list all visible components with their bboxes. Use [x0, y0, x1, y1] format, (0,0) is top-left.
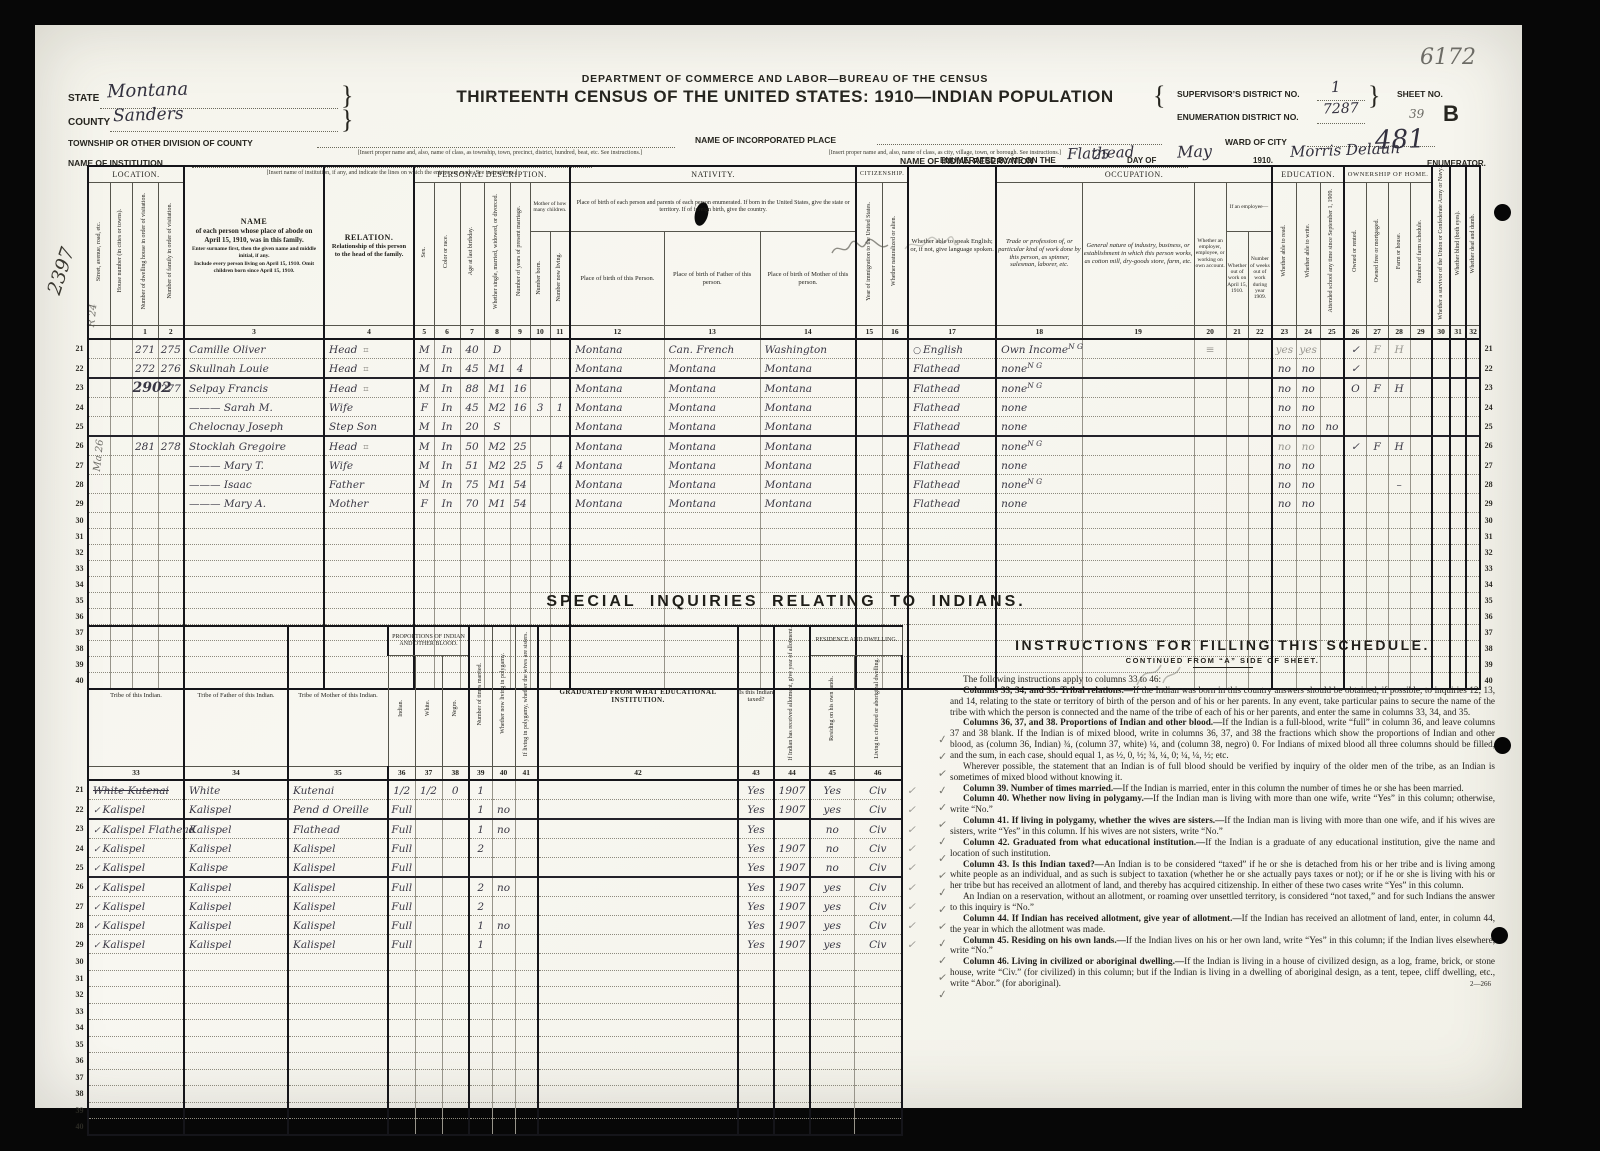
cell [1366, 545, 1388, 561]
cell [1450, 577, 1466, 593]
handwritten-entry: In [442, 460, 453, 472]
cell [738, 970, 774, 987]
row-number: 22 [1480, 359, 1496, 379]
handwritten-entry: 2 [477, 843, 484, 855]
cell [1366, 529, 1388, 545]
handwritten-entry: Kalispel [103, 901, 146, 913]
cell [1432, 609, 1450, 625]
cell [1248, 378, 1272, 398]
cell [415, 1003, 442, 1020]
col-header-read: Whether able to read. [1272, 182, 1296, 325]
cell: Head [324, 339, 414, 359]
col-header-owned: Owned or rented. [1344, 182, 1366, 325]
instruction-paragraph: Wherever possible, the statement that an… [950, 761, 1495, 783]
cell [854, 1086, 902, 1103]
handwritten-entry: no [1278, 460, 1291, 472]
row-number: 24 [72, 839, 88, 858]
cell [1466, 494, 1480, 513]
cell: 2902 [132, 378, 158, 398]
handwritten-entry: 45 [465, 402, 478, 414]
cell [515, 1102, 538, 1119]
cell [1366, 359, 1388, 379]
cell: Head [324, 378, 414, 398]
instruction-paragraph: Column 39. Number of times married.—If t… [950, 783, 1495, 794]
handwritten-entry: Flathead [913, 441, 960, 453]
column-number: 30 [1432, 325, 1450, 339]
handwritten-entry: Montana [575, 363, 622, 375]
pencil-check-icon: ✓ [907, 843, 916, 855]
col-header-graduated: GRADUATED FROM WHAT EDUCATIONAL INSTITUT… [538, 626, 738, 766]
cell [158, 529, 184, 545]
person-row: 28——— IsaacFatherMIn75M154MontanaMontana… [72, 475, 1496, 494]
person-row: 35 [72, 1036, 924, 1053]
cell [908, 561, 996, 577]
cell [442, 1053, 469, 1070]
row-number: 21 [1480, 339, 1496, 359]
cell [1320, 561, 1344, 577]
cell: M1 [484, 359, 510, 379]
group-nativity: NATIVITY. [570, 166, 856, 182]
cell [996, 577, 1082, 593]
col-header-marital: Whether single, married, widowed, or div… [484, 182, 510, 325]
handwritten-entry: Montana [765, 498, 812, 510]
col-header-children-born: Number born. [530, 232, 550, 325]
cell: Head [324, 359, 414, 379]
cell [442, 1036, 469, 1053]
cell [774, 1003, 810, 1020]
cell [460, 609, 484, 625]
cell [88, 577, 110, 593]
cell: ✓Kalispel Flathead [88, 819, 184, 839]
handwritten-entry: Montana [765, 383, 812, 395]
cell: ✓Kalispel [88, 916, 184, 935]
cell [550, 359, 570, 379]
cell [288, 1020, 388, 1037]
row-number: 28 [1480, 475, 1496, 494]
cell [492, 839, 515, 858]
handwritten-entry: 4 [517, 363, 524, 375]
cell [530, 529, 550, 545]
cell: 50 [460, 436, 484, 456]
cell [1248, 561, 1272, 577]
county-label: COUNTY [68, 117, 110, 128]
cell [530, 545, 550, 561]
cell: no [1296, 417, 1320, 437]
cell [810, 1102, 854, 1119]
cell [854, 1036, 902, 1053]
cell: yes [810, 800, 854, 820]
margin-check-cell [902, 1003, 924, 1020]
margin-check-cell [902, 1102, 924, 1119]
cell: 45 [460, 359, 484, 379]
row-number: 28 [72, 916, 88, 935]
cell: Flathead [908, 359, 996, 379]
margin-check-cell: ✓ [902, 839, 924, 858]
cell [184, 577, 324, 593]
cell [1450, 378, 1466, 398]
cell [515, 935, 538, 954]
check-mark-icon: ✓ [93, 806, 101, 816]
handwritten-entry: Montana [669, 498, 716, 510]
handwritten-entry: F [421, 402, 428, 414]
cell [1082, 456, 1194, 475]
cell [515, 1119, 538, 1136]
cell [469, 1020, 492, 1037]
cell: 271 [132, 339, 158, 359]
enum-district-value: 7287 [1323, 100, 1359, 117]
pencil-check-icon: ✓ [907, 862, 916, 874]
cell [434, 577, 460, 593]
column-number: 11 [550, 325, 570, 339]
cell [530, 494, 550, 513]
cell [664, 513, 760, 529]
cell: 40 [460, 339, 484, 359]
cell: Montana [570, 359, 664, 379]
col-header-allotment: If Indian has received allotment, give y… [774, 626, 810, 766]
handwritten-entry: no [1278, 363, 1291, 375]
handwritten-entry: no [1302, 363, 1315, 375]
cell [1344, 456, 1366, 475]
cell [856, 529, 882, 545]
cell [538, 800, 738, 820]
cell [1450, 513, 1466, 529]
cell [1194, 436, 1226, 456]
handwritten-entry: M1 [488, 479, 505, 491]
person-row: 25Chelocnay JosephStep SonMIn20SMontanaM… [72, 417, 1496, 437]
cell [1388, 545, 1410, 561]
cell: Camille Oliver [184, 339, 324, 359]
column-number: 21 [1226, 325, 1248, 339]
handwritten-entry: Kalispel [103, 804, 146, 816]
incorporated-label: NAME OF INCORPORATED PLACE [695, 135, 836, 145]
handwritten-entry: 0 [452, 785, 459, 797]
sheet-label: SHEET NO. [1397, 89, 1443, 99]
cell [415, 877, 442, 897]
handwritten-entry: no [826, 843, 839, 855]
cell [460, 561, 484, 577]
cell [882, 577, 908, 593]
handwritten-entry: no [497, 804, 510, 816]
cell [388, 1086, 415, 1103]
handwritten-entry: 1907 [779, 920, 806, 932]
handwritten-entry: 1907 [779, 901, 806, 913]
cell: no [1296, 494, 1320, 513]
cell [88, 1086, 184, 1103]
col-header-tribe-father: Tribe of Father of this Indian. [184, 626, 288, 766]
cell: Montana [570, 494, 664, 513]
handwritten-entry: M1 [488, 383, 505, 395]
handwritten-entry: In [442, 383, 453, 395]
cell: Civ [854, 935, 902, 954]
annotation-superscript: N G [1027, 477, 1042, 486]
cell [1432, 378, 1450, 398]
cell [415, 1053, 442, 1070]
cell [1248, 545, 1272, 561]
handwritten-entry: Yes [747, 785, 765, 797]
handwritten-entry: 1907 [779, 804, 806, 816]
handwritten-entry: 271 [135, 344, 155, 356]
cell [469, 954, 492, 971]
cell [854, 954, 902, 971]
handwritten-entry: 272 [135, 363, 155, 375]
handwritten-entry: Montana [765, 460, 812, 472]
cell [1082, 494, 1194, 513]
cell: Flathead [908, 436, 996, 456]
cell [1450, 545, 1466, 561]
column-number: 14 [760, 325, 856, 339]
cell [510, 417, 530, 437]
column-number: 22 [1248, 325, 1272, 339]
person-row: 21White KutenaiWhiteKutenai1/21/201Yes19… [72, 780, 924, 800]
row-number: 27 [72, 456, 88, 475]
cell [460, 513, 484, 529]
handwritten-entry: Montana [575, 344, 622, 356]
cell [882, 398, 908, 417]
cell [856, 609, 882, 625]
column-number: 43 [738, 766, 774, 780]
cell [492, 1020, 515, 1037]
cell [88, 398, 110, 417]
cell [415, 916, 442, 935]
handwritten-entry: no [1278, 479, 1291, 491]
cell: M [414, 378, 434, 398]
cell [882, 417, 908, 437]
col-header-trade: Trade or profession of, or particular ki… [996, 182, 1082, 325]
cell [110, 561, 132, 577]
handwritten-entry: no [826, 862, 839, 874]
handwritten-entry: Kalispel [293, 882, 336, 894]
cell [1344, 561, 1366, 577]
cell [1248, 456, 1272, 475]
cell [110, 577, 132, 593]
cell: D [484, 339, 510, 359]
cell [774, 1119, 810, 1136]
cell [414, 529, 434, 545]
cell [882, 436, 908, 456]
census-form-page: 6172 2397 R 24 Ma 26 DEPARTMENT OF COMME… [35, 25, 1522, 1108]
cell: 1 [469, 935, 492, 954]
cell [184, 1020, 288, 1037]
cell [1082, 475, 1194, 494]
cell [1388, 456, 1410, 475]
cell [434, 513, 460, 529]
instructions-title: INSTRUCTIONS FOR FILLING THIS SCHEDULE. [950, 637, 1495, 653]
cell: 25 [510, 436, 530, 456]
cell [1226, 378, 1248, 398]
cell [1194, 529, 1226, 545]
person-row: 36 [72, 1053, 924, 1070]
page-title: THIRTEENTH CENSUS OF THE UNITED STATES: … [365, 87, 1205, 107]
cell [1248, 494, 1272, 513]
cell: F [1366, 378, 1388, 398]
handwritten-entry: Full [391, 824, 412, 836]
cell [1450, 561, 1466, 577]
cell [110, 475, 132, 494]
handwritten-entry: Full [391, 901, 412, 913]
cell [1410, 378, 1432, 398]
cell [492, 1119, 515, 1136]
handwritten-entry: Wife [329, 460, 353, 472]
pencil-check-icon: ✓ [907, 920, 916, 932]
cell [856, 456, 882, 475]
handwritten-entry: Yes [823, 785, 841, 797]
cell: Civ [854, 858, 902, 878]
cell: none [996, 456, 1082, 475]
cell [530, 359, 550, 379]
cell [1194, 513, 1226, 529]
row-number: 32 [1480, 545, 1496, 561]
cell [442, 858, 469, 878]
supervisor-label: SUPERVISOR’S DISTRICT NO. [1177, 89, 1300, 99]
column-number: 46 [854, 766, 902, 780]
cell [388, 1020, 415, 1037]
enum-district-label: ENUMERATION DISTRICT NO. [1177, 112, 1299, 122]
handwritten-entry: Montana [765, 363, 812, 375]
person-row: 21271275Camille OliverHeadMIn40DMontanaC… [72, 339, 1496, 359]
cell: no [1320, 417, 1344, 437]
cell [1344, 513, 1366, 529]
instruction-paragraph: Column 41. If living in polygamy, whethe… [950, 815, 1495, 837]
cell [774, 1102, 810, 1119]
cell: no [810, 819, 854, 839]
cell [88, 609, 110, 625]
cell: yes [810, 916, 854, 935]
cell: In [434, 339, 460, 359]
cell [415, 954, 442, 971]
cell [1226, 398, 1248, 417]
handwritten-entry: ✓ [1351, 363, 1360, 375]
cell [132, 545, 158, 561]
cell [530, 561, 550, 577]
cell: F [414, 494, 434, 513]
handwritten-entry: no [497, 920, 510, 932]
cell [1432, 398, 1450, 417]
cell [388, 987, 415, 1004]
cell: none [996, 398, 1082, 417]
cell [434, 609, 460, 625]
cell: 16 [510, 378, 530, 398]
cell [1082, 529, 1194, 545]
cell [760, 513, 856, 529]
cell [415, 1020, 442, 1037]
cell [1366, 475, 1388, 494]
cell [538, 970, 738, 987]
cell [158, 545, 184, 561]
supervisor-value: 1 [1331, 78, 1341, 96]
handwritten-entry: Yes [747, 843, 765, 855]
column-number: 35 [288, 766, 388, 780]
group-location: LOCATION. [88, 166, 184, 182]
cell: no [492, 800, 515, 820]
cell: Kalispel [288, 858, 388, 878]
cell: Civ [854, 819, 902, 839]
cell: no [1272, 398, 1296, 417]
column-number: 40 [492, 766, 515, 780]
cell [1344, 545, 1366, 561]
col-header-relation: RELATION. Relationship of this person to… [324, 166, 414, 325]
cell: F [1366, 436, 1388, 456]
handwritten-entry: no [826, 824, 839, 836]
cell: no [1272, 494, 1296, 513]
cell [530, 513, 550, 529]
cell [415, 800, 442, 820]
handwritten-entry: Kalispel [103, 882, 146, 894]
cell: Civ [854, 780, 902, 800]
handwritten-entry: M [419, 479, 430, 491]
cell: ○English [908, 339, 996, 359]
cell [288, 987, 388, 1004]
cell [1082, 398, 1194, 417]
col-header-write: Whether able to write. [1296, 182, 1320, 325]
cell: Wife [324, 456, 414, 475]
cell [1248, 577, 1272, 593]
row-number: 23 [1480, 378, 1496, 398]
cell [388, 1053, 415, 1070]
handwritten-entry: Civ [869, 882, 886, 894]
cell [110, 398, 132, 417]
cell [1466, 339, 1480, 359]
handwritten-entry: Step Son [329, 421, 377, 433]
cell: ——— Isaac [184, 475, 324, 494]
handwritten-entry: Mother [329, 498, 368, 510]
cell: Head [324, 436, 414, 456]
row-number: 34 [72, 1020, 88, 1037]
pencil-check-icon: ✓ [937, 868, 948, 882]
cell [442, 954, 469, 971]
row-number: 25 [72, 858, 88, 878]
cell [882, 513, 908, 529]
row-number: 30 [72, 954, 88, 971]
handwritten-entry: Montana [575, 498, 622, 510]
cell [1296, 529, 1320, 545]
cell: Montana [760, 417, 856, 437]
cell [530, 609, 550, 625]
cell [1410, 456, 1432, 475]
cell [1410, 398, 1432, 417]
handwritten-entry: 1907 [779, 939, 806, 951]
cell: yes [1296, 339, 1320, 359]
cell: 281 [132, 436, 158, 456]
cell [1466, 475, 1480, 494]
cell [1082, 561, 1194, 577]
cell: Yes [738, 839, 774, 858]
cell [882, 609, 908, 625]
cell: Montana [760, 378, 856, 398]
sheet-pencil-value: 39 [1409, 107, 1424, 121]
instruction-paragraph: The following instructions apply to colu… [950, 674, 1495, 685]
cell [1466, 359, 1480, 379]
cell [1366, 577, 1388, 593]
cell [550, 417, 570, 437]
cell: Full [388, 800, 415, 820]
cell [484, 529, 510, 545]
cell [469, 1036, 492, 1053]
handwritten-entry: Montana [765, 441, 812, 453]
handwritten-entry: no [1278, 498, 1291, 510]
handwritten-entry: Montana [765, 421, 812, 433]
handwritten-entry: no [1302, 498, 1315, 510]
cell [538, 1020, 738, 1037]
cell [1226, 436, 1248, 456]
cell: White Kutenai [88, 780, 184, 800]
cell: Yes [738, 819, 774, 839]
cell [1410, 561, 1432, 577]
cell [510, 545, 530, 561]
cell [1320, 436, 1344, 456]
cell [774, 954, 810, 971]
column-number [110, 325, 132, 339]
column-number: 45 [810, 766, 854, 780]
